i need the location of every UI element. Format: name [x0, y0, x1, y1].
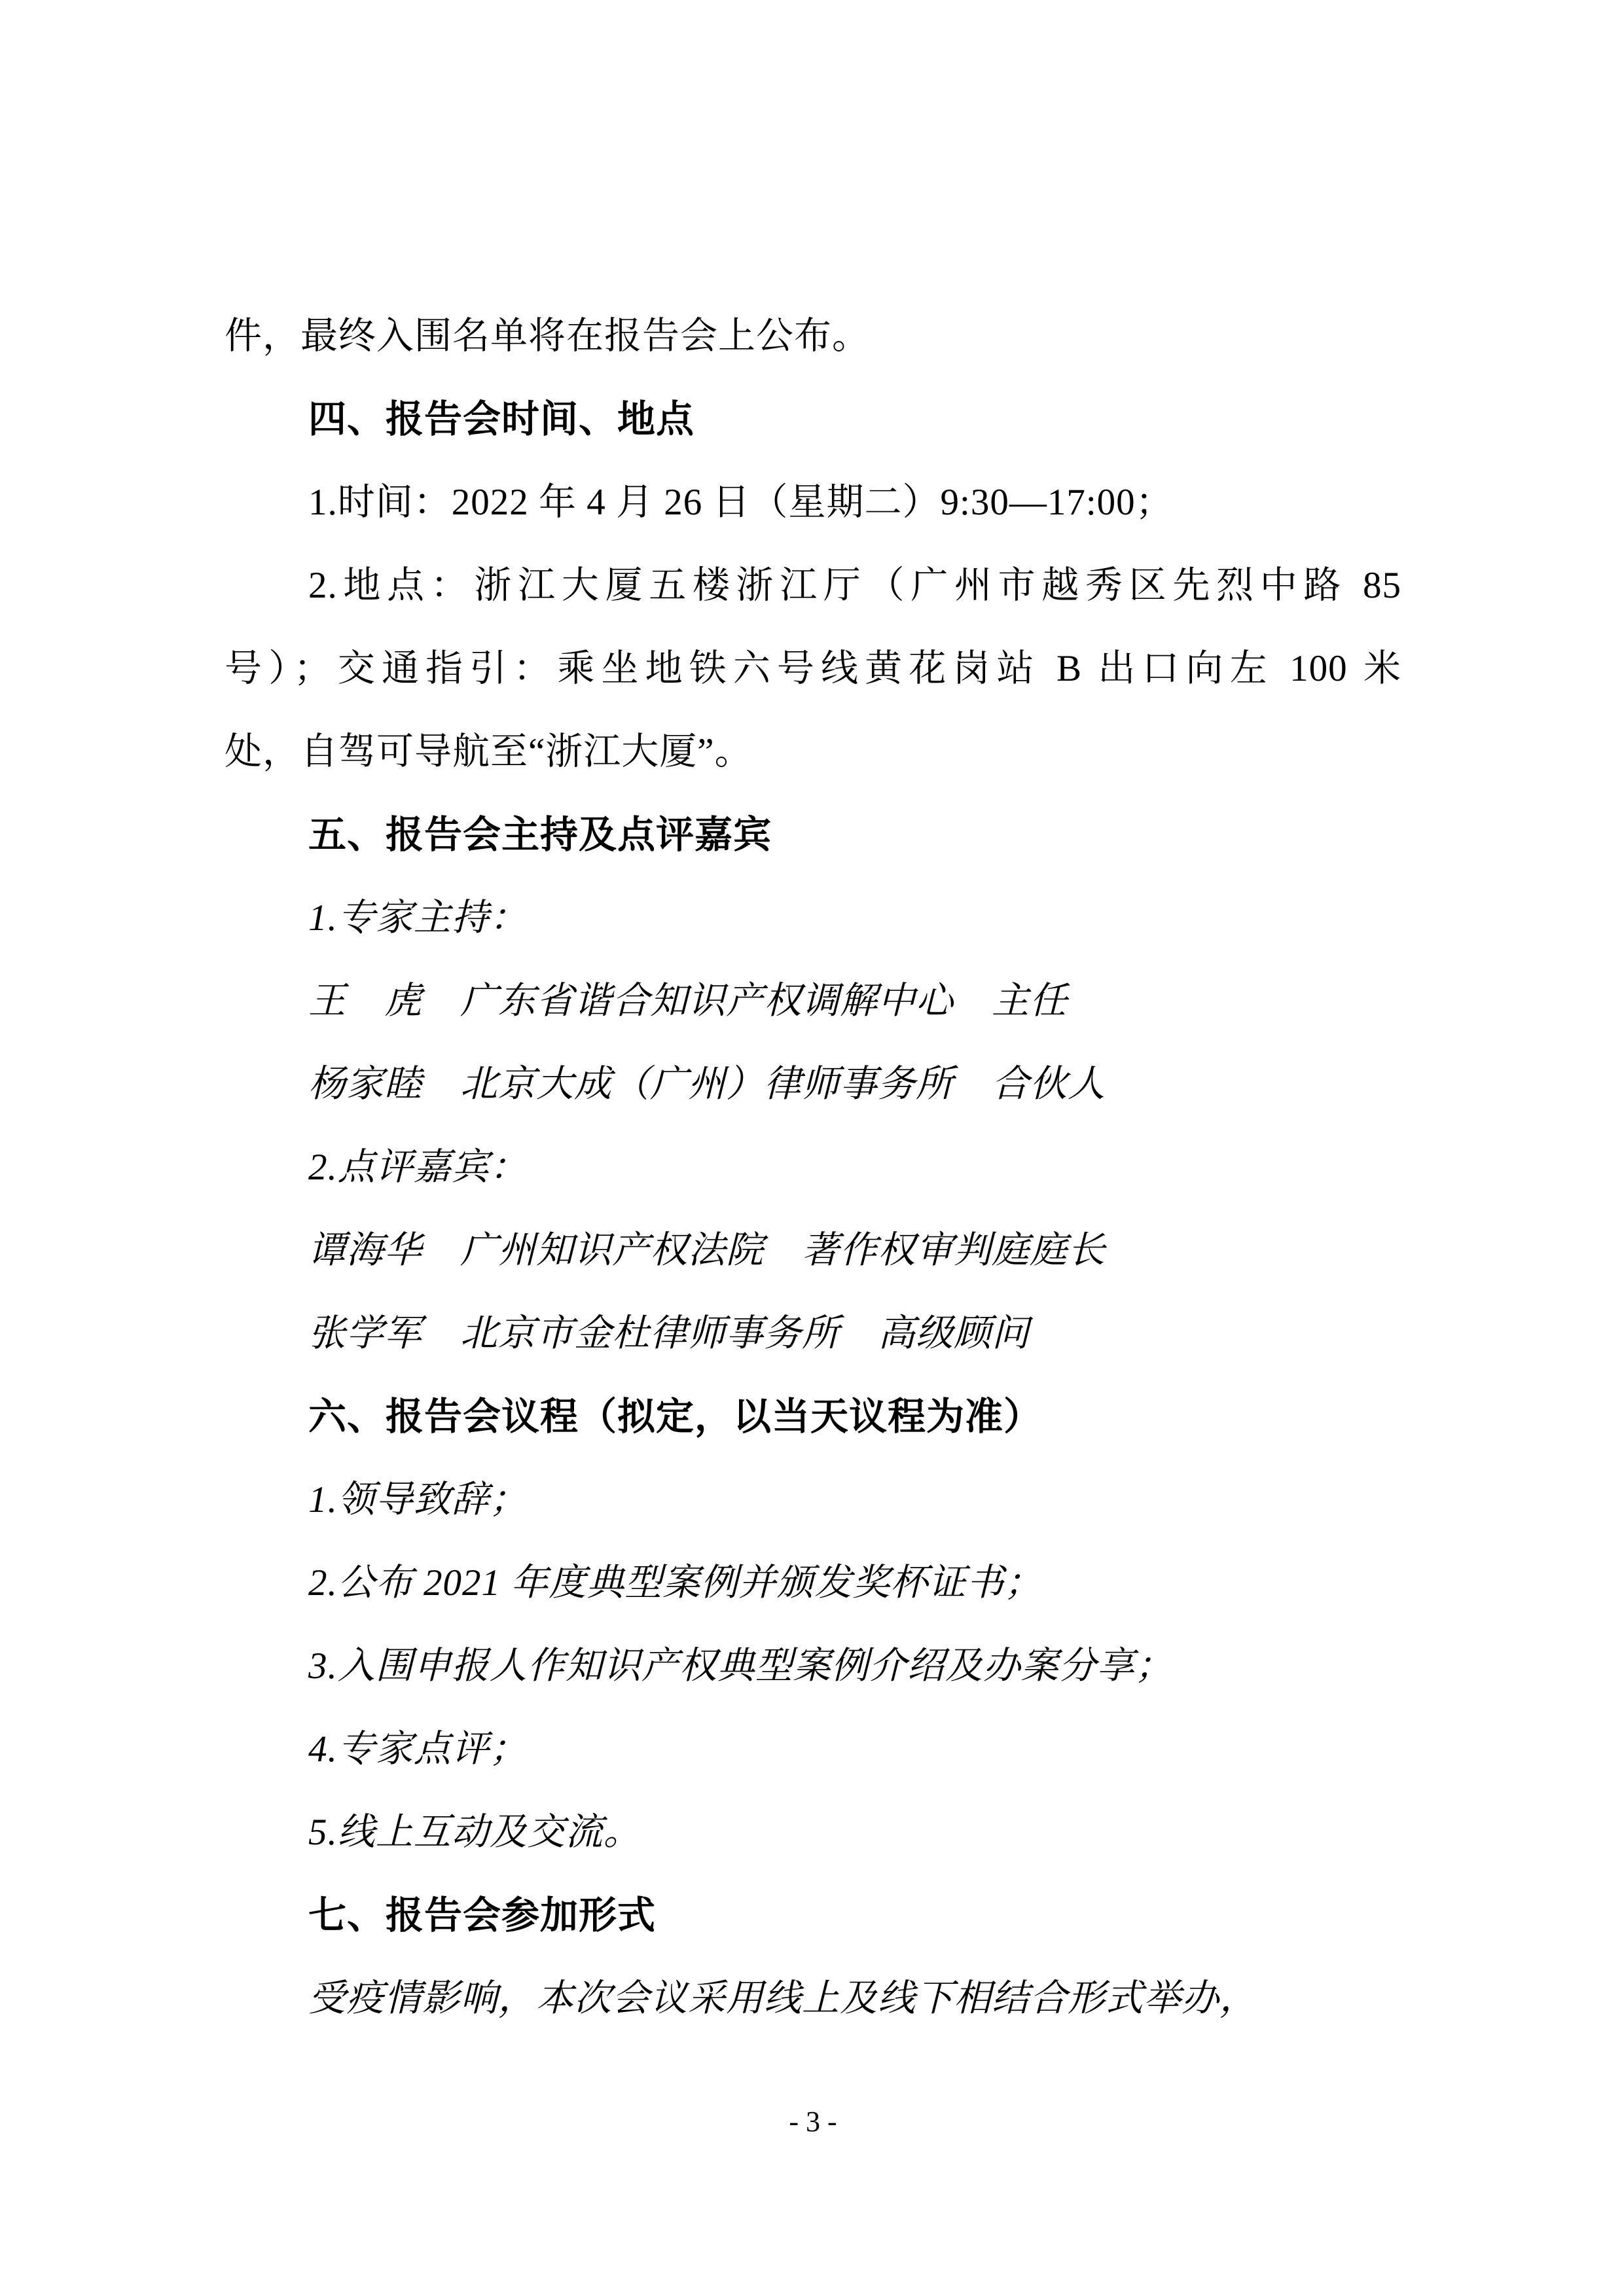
- page-number: - 3 -: [225, 2102, 1401, 2142]
- item-location: 2.地点：浙江大厦五楼浙江厅（广州市越秀区先烈中路 85: [225, 544, 1401, 627]
- paragraph-shortlist-announcement: 件，最终入围名单将在报告会上公布。: [225, 295, 1401, 378]
- sublabel-comment-guests: 2.点评嘉宾：: [225, 1126, 1401, 1209]
- section-heading-4-time-location: 四、报告会时间、地点: [225, 378, 1401, 461]
- sublabel-expert-host: 1.专家主持：: [225, 876, 1401, 960]
- agenda-item-1: 1.领导致辞；: [225, 1458, 1401, 1541]
- paragraph-participation: 受疫情影响，本次会议采用线上及线下相结合形式举办，: [225, 1957, 1401, 2040]
- item-location-continuation-1: 号）；交通指引：乘坐地铁六号线黄花岗站 B 出口向左 100 米: [225, 627, 1401, 710]
- document-page: 件，最终入围名单将在报告会上公布。 四、报告会时间、地点 1.时间：2022 年…: [0, 0, 1624, 2296]
- host-entry-yang-jiamu: 杨家睦 北京大成（广州）律师事务所 合伙人: [225, 1043, 1401, 1126]
- host-entry-wang-hu: 王 虎 广东省谐合知识产权调解中心 主任: [225, 960, 1401, 1043]
- section-heading-5-hosts-guests: 五、报告会主持及点评嘉宾: [225, 793, 1401, 876]
- agenda-item-4: 4.专家点评；: [225, 1708, 1401, 1791]
- guest-entry-zhang-xuejun: 张学军 北京市金杜律师事务所 高级顾问: [225, 1292, 1401, 1375]
- section-heading-7-participation: 七、报告会参加形式: [225, 1874, 1401, 1957]
- section-heading-6-agenda: 六、报告会议程（拟定，以当天议程为准）: [225, 1375, 1401, 1458]
- agenda-item-3: 3.入围申报人作知识产权典型案例介绍及办案分享；: [225, 1624, 1401, 1708]
- item-location-continuation-2: 处，自驾可导航至“浙江大厦”。: [225, 710, 1401, 793]
- document-body: 件，最终入围名单将在报告会上公布。 四、报告会时间、地点 1.时间：2022 年…: [225, 295, 1401, 2142]
- agenda-item-2: 2.公布 2021 年度典型案例并颁发奖杯证书；: [225, 1541, 1401, 1624]
- agenda-item-5: 5.线上互动及交流。: [225, 1791, 1401, 1874]
- item-time: 1.时间：2022 年 4 月 26 日（星期二）9:30—17:00；: [225, 461, 1401, 544]
- guest-entry-tan-haihua: 谭海华 广州知识产权法院 著作权审判庭庭长: [225, 1209, 1401, 1292]
